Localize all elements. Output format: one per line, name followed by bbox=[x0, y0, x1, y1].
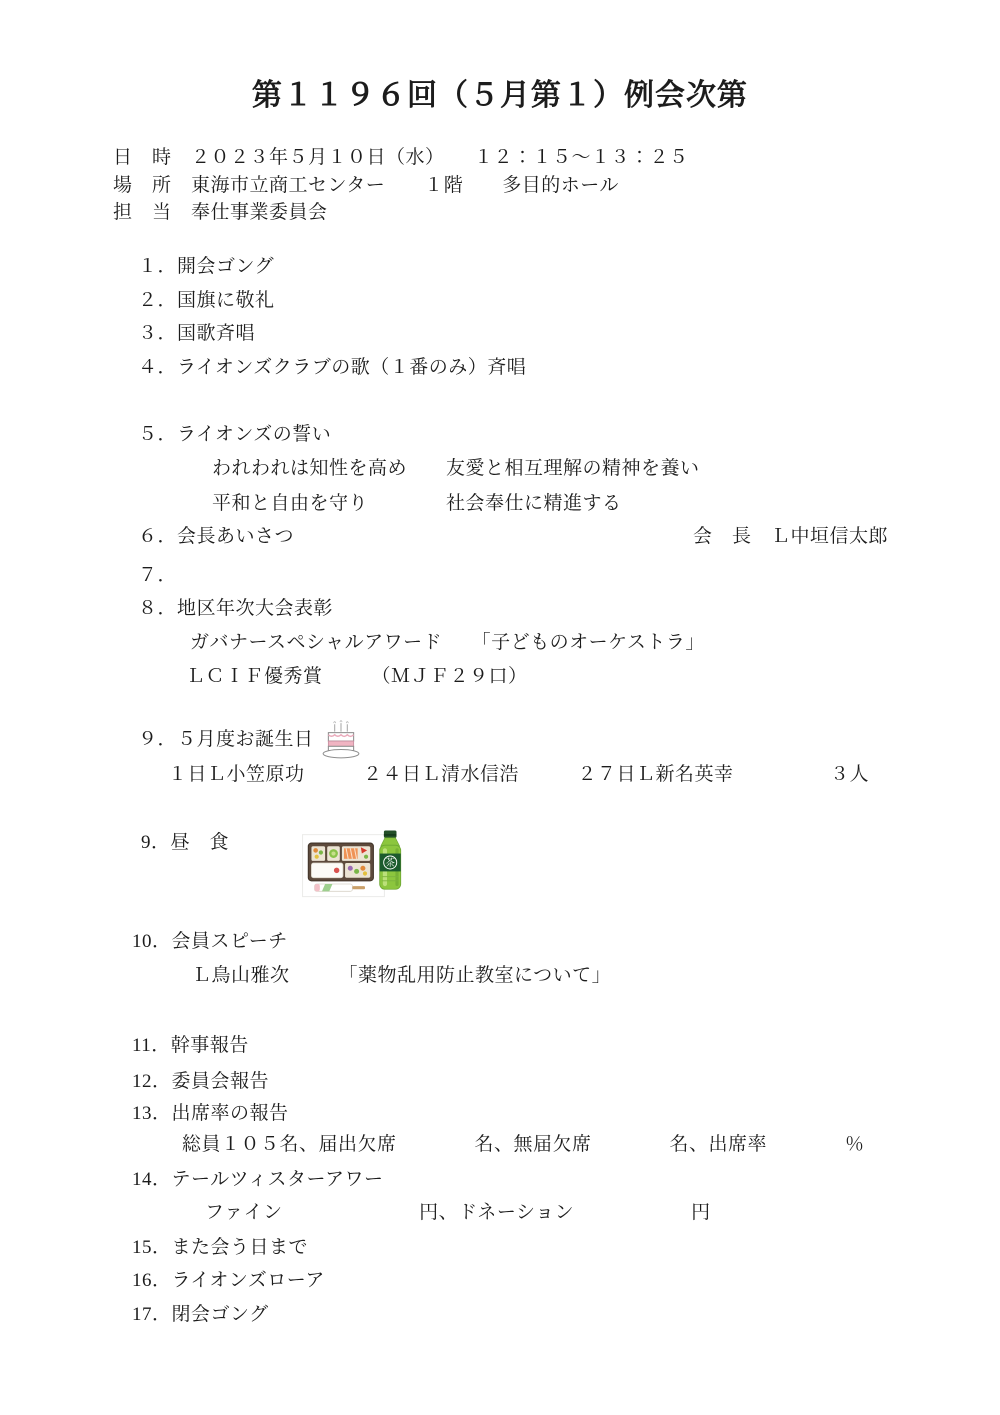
agenda-item-2-flag-salute: ２．国旗に敬礼 bbox=[138, 289, 275, 313]
agenda-item-17-closing-gong: 17．閉会ゴング bbox=[132, 1303, 269, 1327]
chopsticks bbox=[315, 884, 353, 891]
meeting-agenda-page: 第１１９６回（５月第１）例会次第 日 時 ２０２３年５月１０日（水） １２：１５… bbox=[0, 0, 1000, 1415]
speech-speaker-and-topic: Ｌ鳥山雅次 「薬物乱用防止教室について」 bbox=[192, 964, 611, 988]
agenda-item-4-club-song: ４．ライオンズクラブの歌（１番のみ）斉唱 bbox=[138, 356, 526, 380]
agenda-item-14-tail-twister-hour: 14．テールツィスターアワー bbox=[132, 1168, 384, 1192]
award-line-1: ガバナースペシャルアワード 「子どものオーケストラ」 bbox=[190, 631, 705, 655]
attendance-detail: 総員１０５名、届出欠席 名、無届欠席 名、出席率 ％ bbox=[182, 1133, 865, 1157]
umeboshi bbox=[334, 868, 339, 873]
birthday-count: ３人 bbox=[830, 763, 869, 787]
agenda-item-12-committee-report: 12．委員会報告 bbox=[132, 1070, 269, 1094]
meta-duty: 担 当 奉仕事業委員会 bbox=[113, 201, 328, 225]
birthday-cake-svg bbox=[321, 718, 361, 762]
agenda-item-9-birthdays: ９．５月度お誕生日 bbox=[138, 728, 314, 752]
birthday-cake-icon bbox=[321, 718, 361, 762]
tail-twister-detail: ファイン 円、ドネーション 円 bbox=[205, 1201, 711, 1225]
agenda-item-13-attendance-report: 13．出席率の報告 bbox=[132, 1102, 289, 1126]
agenda-item-3-anthem: ３．国歌斉唱 bbox=[138, 322, 255, 346]
bento-lunch-svg: 茶 bbox=[302, 828, 407, 898]
agenda-item-8-district-awards: ８．地区年次大会表彰 bbox=[138, 597, 333, 621]
meta-place: 場 所 東海市立商工センター １階 多目的ホール bbox=[113, 174, 619, 198]
pledge-line-1: われわれは知性を高め 友愛と相互理解の精神を養い bbox=[212, 457, 700, 481]
agenda-item-6-president-greeting: ６．会長あいさつ bbox=[138, 525, 294, 549]
pledge-line-2: 平和と自由を守り 社会奉仕に精進する bbox=[212, 492, 622, 516]
agenda-item-7-blank: ７． bbox=[138, 564, 177, 588]
agenda-item-10-member-speech: 10．会員スピーチ bbox=[132, 930, 288, 954]
agenda-item-15-till-we-meet-again: 15．また会う日まで bbox=[132, 1236, 308, 1260]
agenda-item-1-opening-gong: １．開会ゴング bbox=[138, 255, 274, 279]
meta-datetime: 日 時 ２０２３年５月１０日（水） １２：１５～１３：２５ bbox=[113, 146, 689, 170]
agenda-item-5-lions-pledge: ５．ライオンズの誓い bbox=[138, 423, 331, 447]
page-title: 第１１９６回（５月第１）例会次第 bbox=[0, 70, 1000, 114]
award-line-2: ＬＣＩＦ優秀賞 （ＭＪＦ２９口） bbox=[186, 665, 528, 689]
birthday-names: １日Ｌ小笠原功 ２４日Ｌ清水信浩 ２７日Ｌ新名英幸 bbox=[168, 763, 734, 787]
agenda-item-9-lunch: 9．昼 食 bbox=[141, 831, 229, 855]
agenda-item-11-secretary-report: 11．幹事報告 bbox=[132, 1034, 249, 1058]
agenda-item-16-lions-roar: 16．ライオンズローア bbox=[132, 1269, 325, 1293]
president-name: 会 長 Ｌ中垣信太郎 bbox=[693, 525, 888, 549]
tea-label-text: 茶 bbox=[385, 857, 395, 869]
bento-lunch-and-tea-illustration: 茶 bbox=[302, 828, 407, 898]
